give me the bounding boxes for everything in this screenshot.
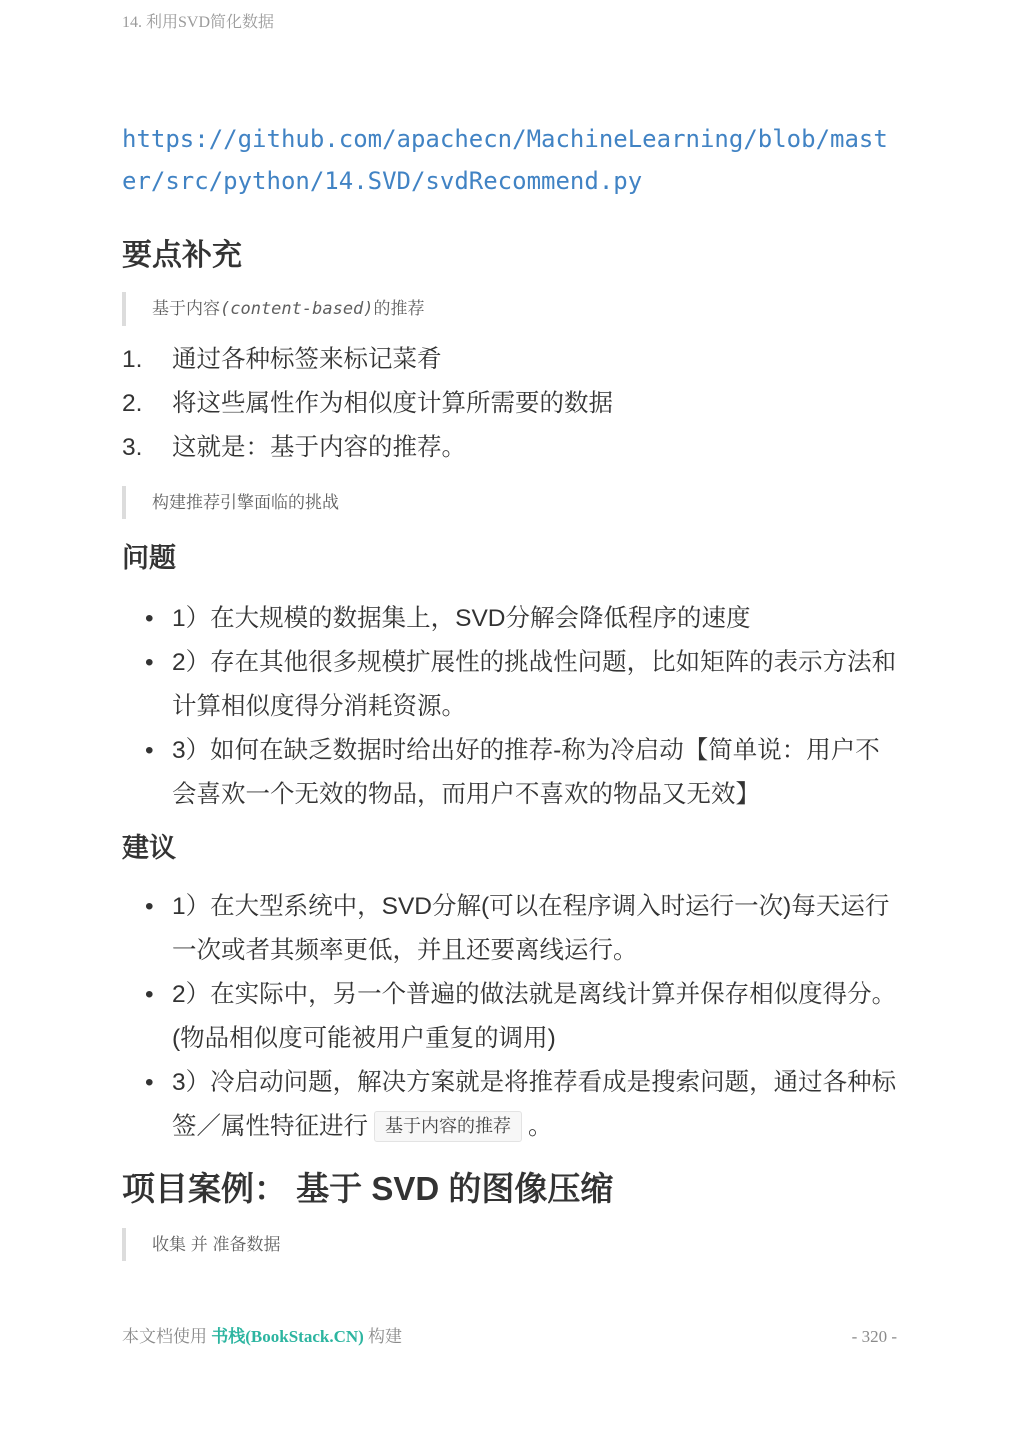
document-page: { "colors": { "link_blue": "#4183c4", "b… [0,0,1019,1440]
list-item-text: 将这些属性作为相似度计算所需要的数据 [172,390,613,417]
content-based-steps-list: 1.通过各种标签来标记菜肴 2.将这些属性作为相似度计算所需要的数据 3.这就是… [122,338,897,470]
section-title-project-case: 项目案例： 基于 SVD 的图像压缩 [122,1166,897,1212]
list-item: 1.通过各种标签来标记菜肴 [122,338,897,382]
list-item-number: 2. [122,382,172,426]
quote-challenge: 构建推荐引擎面临的挑战 [122,486,897,519]
quote-text-post: 的推荐 [374,299,425,318]
suggestions-list: 1）在大型系统中，SVD分解(可以在程序调入时运行一次)每天运行一次或者其频率更… [122,885,897,1149]
quote-text-mono: (content-based) [220,299,374,319]
section-title-key-points: 要点补充 [122,236,897,276]
list-item: 1）在大型系统中，SVD分解(可以在程序调入时运行一次)每天运行一次或者其频率更… [172,885,897,973]
list-item: 2）存在其他很多规模扩展性的挑战性问题，比如矩阵的表示方法和计算相似度得分消耗资… [172,641,897,729]
chapter-header: 14. 利用SVD简化数据 [122,0,897,33]
quote-content-based: 基于内容(content-based)的推荐 [122,292,897,326]
subsection-title-suggestions: 建议 [122,831,897,865]
list-item: 2）在实际中，另一个普遍的做法就是离线计算并保存相似度得分。(物品相似度可能被用… [172,973,897,1061]
list-item: 3）冷启动问题，解决方案就是将推荐看成是搜索问题，通过各种标签／属性特征进行基于… [172,1061,897,1149]
list-item-number: 3. [122,426,172,470]
github-link[interactable]: https://github.com/apachecn/MachineLearn… [122,118,897,202]
list-item-text: 这就是：基于内容的推荐。 [172,434,466,461]
page-number: - 320 - [852,1327,897,1347]
page-content: 14. 利用SVD简化数据 https://github.com/apachec… [122,0,897,1261]
list-item-text: 通过各种标签来标记菜肴 [172,346,442,373]
problems-list: 1）在大规模的数据集上，SVD分解会降低程序的速度 2）存在其他很多规模扩展性的… [122,597,897,817]
list-item-number: 1. [122,338,172,382]
footer-text-prefix: 本文档使用 [122,1327,211,1346]
page-footer: 本文档使用 书栈(BookStack.CN) 构建 - 320 - [122,1322,897,1347]
footer-text-suffix: 构建 [364,1327,402,1346]
list-item: 2.将这些属性作为相似度计算所需要的数据 [122,382,897,426]
quote-text-pre: 基于内容 [152,299,220,318]
subsection-title-problems: 问题 [122,541,897,575]
bookstack-brand-link[interactable]: 书栈(BookStack.CN) [211,1327,364,1346]
list-item: 1）在大规模的数据集上，SVD分解会降低程序的速度 [172,597,897,641]
list-item-text-post: 。 [528,1113,553,1140]
list-item: 3.这就是：基于内容的推荐。 [122,426,897,470]
quote-collect-prepare-data: 收集 并 准备数据 [122,1228,897,1261]
inline-code-badge: 基于内容的推荐 [374,1111,522,1142]
list-item: 3）如何在缺乏数据时给出好的推荐-称为冷启动【简单说：用户不会喜欢一个无效的物品… [172,729,897,817]
footer-build-note: 本文档使用 书栈(BookStack.CN) 构建 [122,1322,402,1347]
